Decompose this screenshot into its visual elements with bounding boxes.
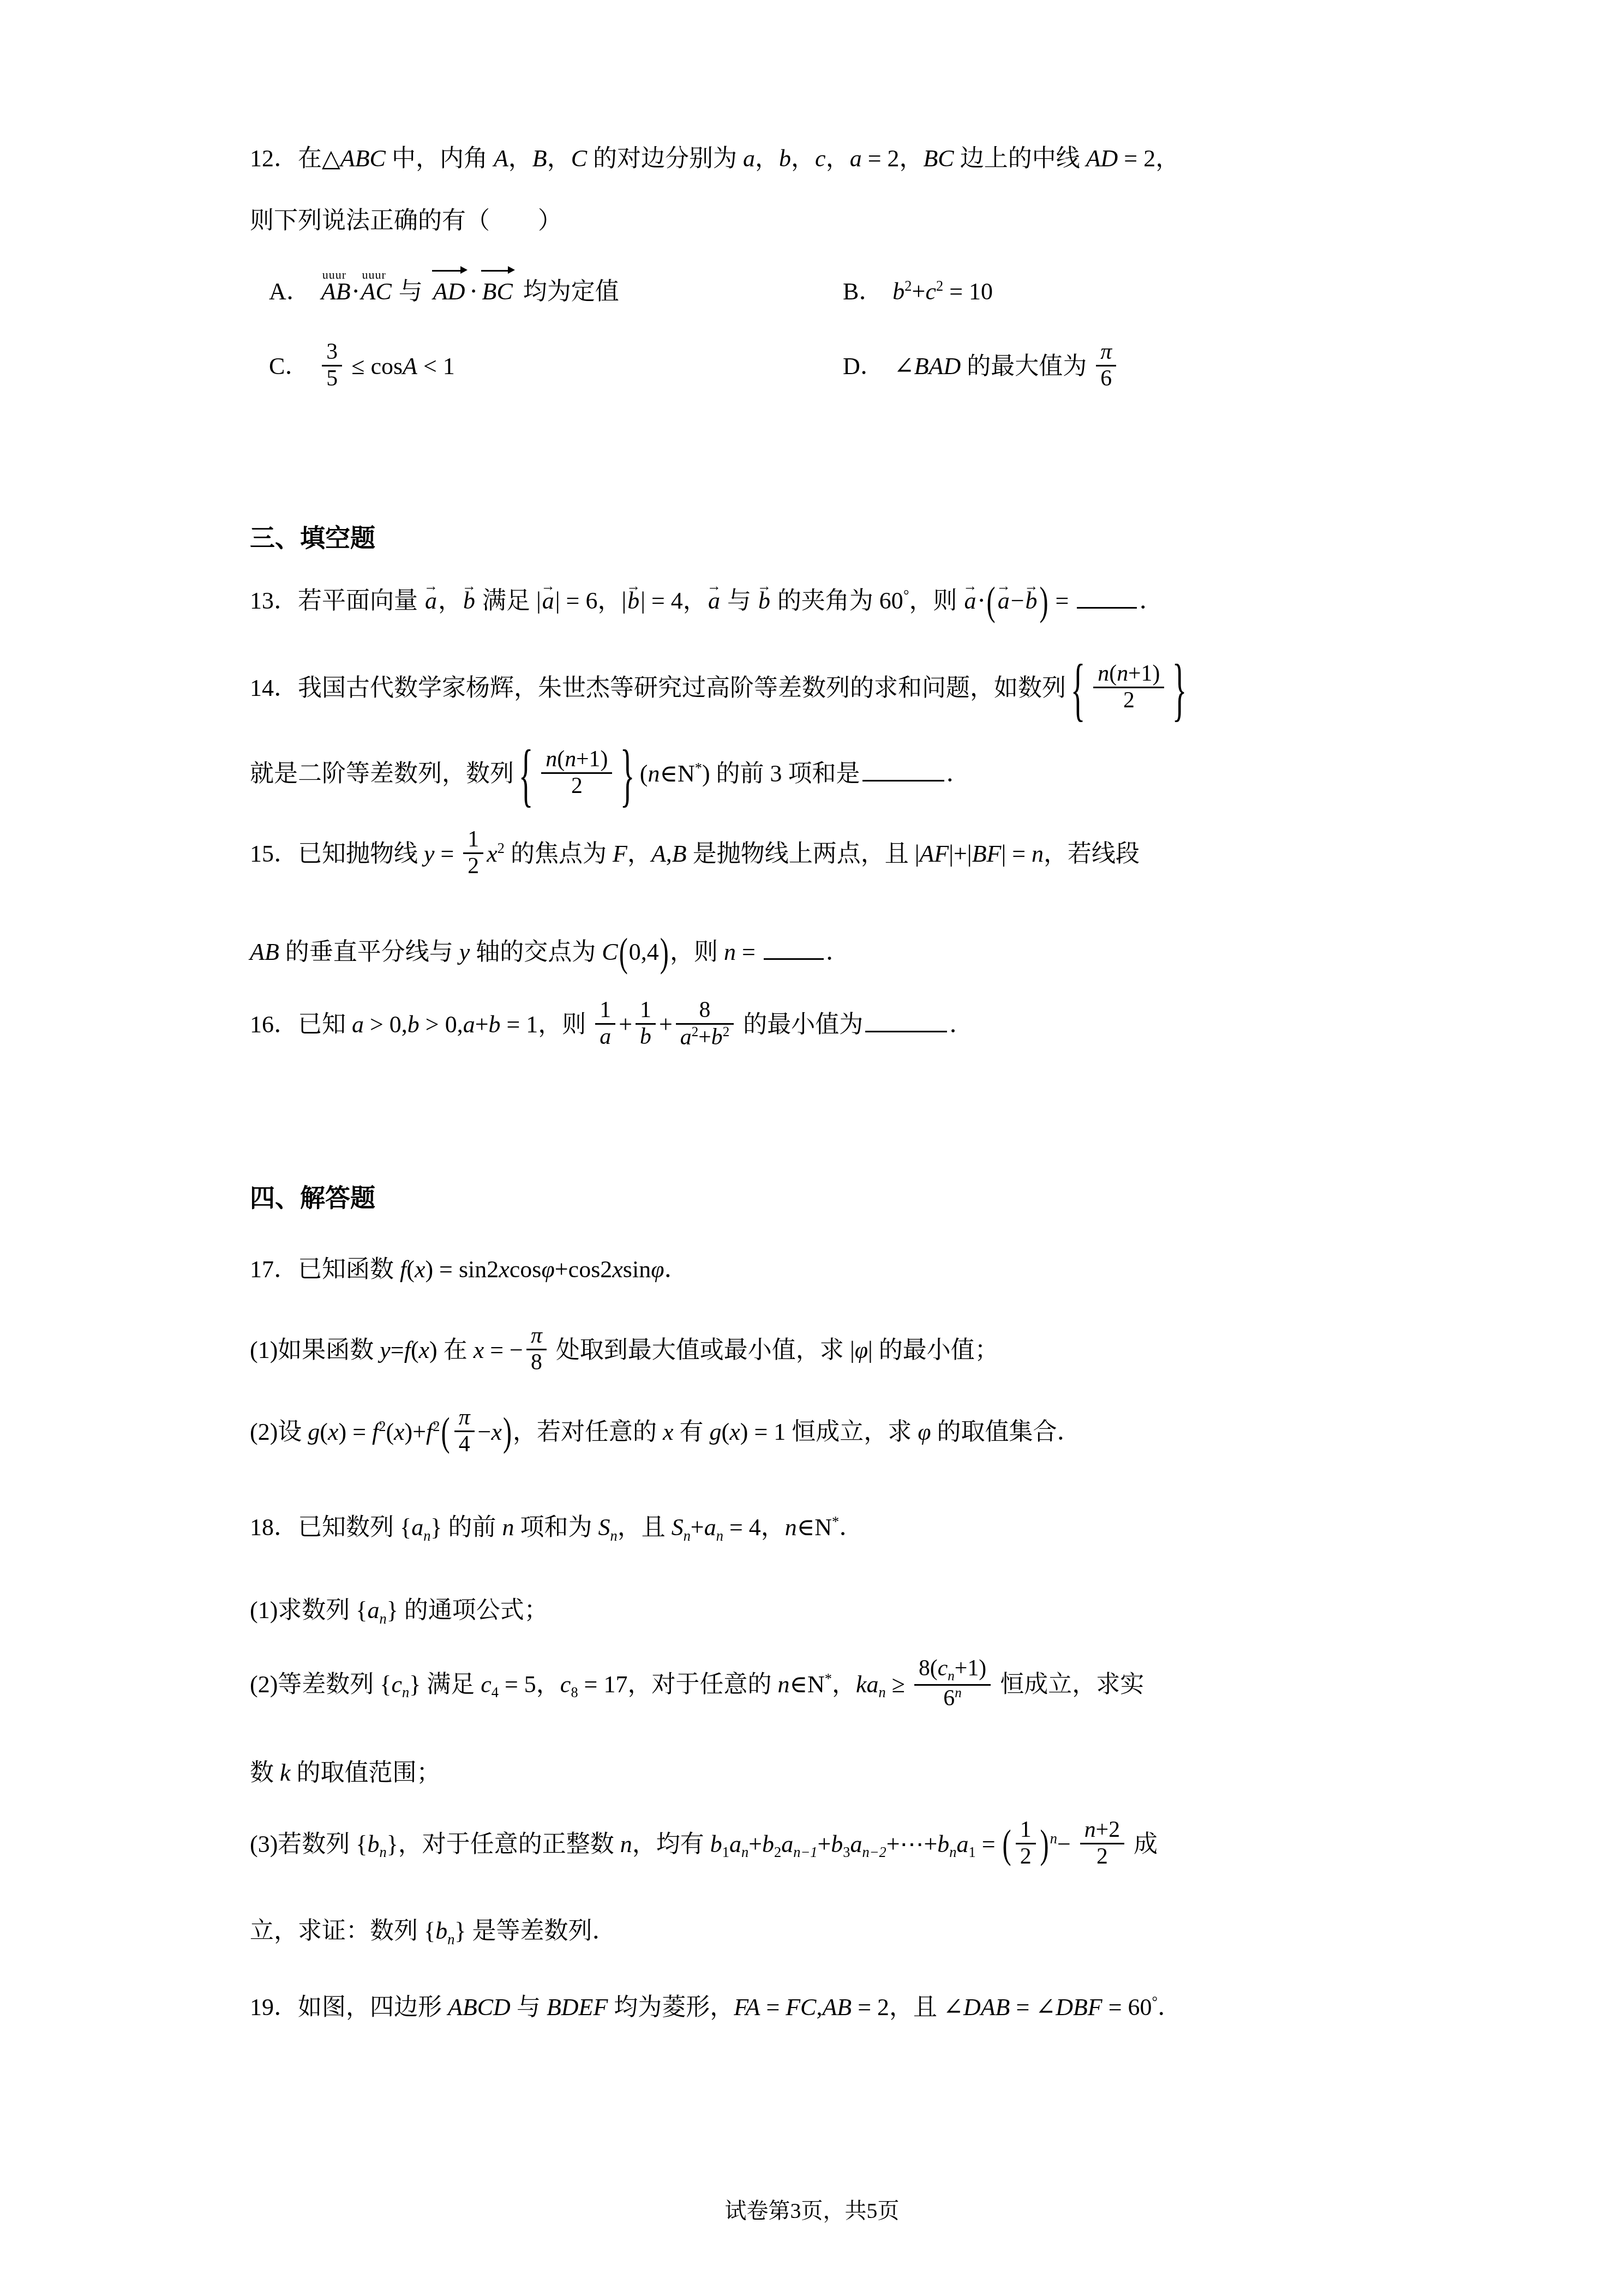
math-sub: n: [402, 1684, 409, 1700]
math-t: ) =: [339, 1419, 372, 1445]
math-t: 满足: [476, 587, 536, 614]
math-t: +1): [955, 1656, 986, 1681]
math-frac: 8a2+b2: [676, 998, 734, 1050]
math-t: |: [868, 1337, 873, 1363]
math-t: ．: [1139, 587, 1163, 614]
math-big: (: [619, 923, 628, 984]
math-t: 8(: [919, 1656, 938, 1681]
math-t: 17．已知函数: [250, 1256, 400, 1283]
math-i: f: [372, 1419, 379, 1445]
math-t: (: [386, 1419, 394, 1445]
math-t: ) = 1: [740, 1419, 786, 1445]
math-i: b: [408, 1011, 420, 1038]
math-i: x: [474, 1337, 484, 1363]
math-sub: n: [879, 1684, 886, 1700]
math-t: 成: [1128, 1831, 1158, 1858]
math-t: {: [356, 1831, 367, 1858]
question-16: 16．已知 a > 0,b > 0,a+b = 1，则 1a+1b+8a2+b2…: [250, 1001, 973, 1053]
math-i: f: [426, 1419, 433, 1445]
math-t: 0,4: [629, 939, 659, 965]
option-a-label: A．: [269, 278, 310, 305]
math-i: n: [1032, 840, 1044, 867]
math-t: {: [400, 1514, 411, 1541]
math-i: x: [394, 1419, 405, 1445]
math-t: +2: [1096, 1817, 1120, 1842]
math-t: =: [760, 1994, 786, 2021]
math-t: =: [1050, 587, 1075, 614]
math-i: FA: [734, 1994, 760, 2021]
math-t: ，: [508, 145, 532, 172]
math-t: 的通项公式；: [398, 1597, 548, 1624]
math-t: = 17: [578, 1671, 628, 1698]
math-t: ．: [1158, 1994, 1182, 2021]
math-t: 的最小值；: [873, 1337, 999, 1363]
math-t: (: [411, 1337, 419, 1363]
math-t: | = 4，: [640, 587, 707, 614]
math-t: +: [912, 278, 926, 305]
math-t: )+: [405, 1419, 426, 1445]
math-t: ，则: [670, 939, 724, 965]
math-t: }: [387, 1597, 398, 1624]
section-title-answers: 四、解答题: [250, 1179, 375, 1217]
math-t: ≥: [886, 1671, 911, 1698]
math-blank: [764, 938, 824, 960]
math-i: a: [411, 1514, 423, 1541]
math-t: ，且: [889, 1994, 943, 2021]
math-t: 4: [459, 1432, 470, 1457]
math-t: < 1: [417, 353, 455, 380]
math-t: ．: [664, 1256, 688, 1283]
math-t: = 5，: [499, 1671, 560, 1698]
math-t: (: [406, 1256, 415, 1283]
math-sub: n: [948, 1669, 955, 1684]
math-t: ∠: [894, 353, 914, 380]
math-t: 的最大值为: [961, 353, 1093, 380]
math-t: ⋅: [352, 278, 360, 305]
math-t: 12．在: [250, 145, 322, 172]
option-a: A．uuurAB⋅uuurAC 与 AD⋅BC 均为定值: [269, 272, 843, 306]
math-t: |+|: [949, 840, 972, 867]
math-t: |: [621, 587, 626, 614]
math-i: BC: [923, 145, 954, 172]
math-t: 8: [699, 997, 711, 1023]
math-big2: }: [1172, 638, 1187, 743]
option-d-content: ∠BAD 的最大值为 π6: [894, 353, 1119, 380]
math-sup: 2: [723, 1025, 730, 1039]
math-t: +: [691, 1514, 704, 1541]
math-t: (: [1109, 661, 1117, 686]
math-vec: →b: [1025, 583, 1037, 619]
question-18-part-2: (2)等差数列 {cn} 满足 c4 = 5，c8 = 17，对于任意的 n∈N…: [250, 1659, 1144, 1714]
math-i: x: [612, 1256, 623, 1283]
math-big: (: [441, 1402, 450, 1464]
math-sup: n: [955, 1686, 962, 1700]
math-t: }: [387, 1831, 398, 1858]
math-i: φ: [651, 1256, 664, 1283]
math-t: ．: [946, 760, 970, 787]
math-i: g: [308, 1419, 320, 1445]
math-t: 在: [438, 1337, 474, 1363]
math-vec: →b: [463, 583, 475, 619]
math-i: n: [1084, 1817, 1096, 1842]
math-t: ∈N: [789, 1671, 824, 1698]
math-sub: 2: [774, 1844, 781, 1860]
math-i: A: [494, 145, 508, 172]
math-t: ，: [755, 145, 779, 172]
math-i: x: [415, 1256, 426, 1283]
math-i: a: [600, 1024, 611, 1049]
option-c-content: 35 ≤ cosA < 1: [319, 353, 454, 380]
math-i: F: [613, 840, 627, 867]
math-i: b: [367, 1831, 379, 1858]
math-sub: 3: [843, 1844, 850, 1860]
math-t: 2: [468, 854, 479, 879]
math-t: 满足: [421, 1671, 481, 1698]
math-vec: →a: [998, 583, 1010, 619]
math-big: ): [1040, 1814, 1049, 1876]
option-c-label: C．: [269, 353, 309, 380]
math-i: AD: [1086, 145, 1118, 172]
math-t: ，: [438, 587, 462, 614]
math-t: ，: [547, 145, 571, 172]
math-t: | =: [1001, 840, 1032, 867]
math-i: BAD: [914, 353, 961, 380]
math-t: 与: [393, 278, 429, 305]
math-t: 边上的中线: [954, 145, 1086, 172]
math-frac: 1a: [595, 998, 615, 1050]
math-t: −: [478, 1419, 492, 1445]
question-17: 17．已知函数 f(x) = sin2xcosφ+cos2xsinφ．: [250, 1252, 688, 1288]
math-t: 的夹角为 60: [771, 587, 903, 614]
math-sup: 2: [379, 1418, 386, 1434]
math-t: ．: [826, 939, 850, 965]
math-t: ，对于任意的正整数: [398, 1831, 620, 1858]
section-title-fill-in: 三、填空题: [250, 519, 375, 557]
math-sub: n: [379, 1610, 386, 1627]
math-i: x: [419, 1337, 430, 1363]
math-t: }: [409, 1671, 421, 1698]
math-i: x: [499, 1256, 510, 1283]
math-t: 恒成立，求: [786, 1419, 918, 1445]
question-15-line-1: 15．已知抛物线 y = 12x2 的焦点为 F，A,B 是抛物线上两点，且 |…: [250, 830, 1140, 882]
math-sup: *: [695, 760, 702, 776]
math-t: = −: [484, 1337, 523, 1363]
math-t: 6: [943, 1686, 955, 1711]
math-t: (: [640, 760, 648, 787]
math-i: c: [391, 1671, 402, 1698]
question-18-part-3-cont: 立，求证：数列 {bn} 是等差数列．: [250, 1913, 616, 1950]
math-i: c: [481, 1671, 492, 1698]
math-i: π: [459, 1405, 470, 1430]
question-12-options-row-1: A．uuurAB⋅uuurAC 与 AD⋅BC 均为定值B．b2+c2 = 10: [269, 272, 993, 306]
math-t: =: [736, 939, 762, 965]
math-t: 中，内角: [386, 145, 494, 172]
math-sub: n: [716, 1528, 723, 1544]
math-t: ∈N: [797, 1514, 832, 1541]
math-sub: 8: [571, 1684, 578, 1700]
math-i: c: [938, 1656, 948, 1681]
math-i: y: [380, 1337, 391, 1363]
math-t: (: [320, 1419, 328, 1445]
math-t: +: [748, 1831, 762, 1858]
math-sup: 2: [433, 1418, 440, 1434]
math-frac: n+22: [1080, 1818, 1124, 1870]
math-i: AB: [822, 1994, 852, 2021]
math-i: n: [777, 1671, 789, 1698]
math-t: 则下列说法正确的有（ ）: [250, 207, 562, 234]
question-17-part-1: (1)如果函数 y=f(x) 在 x = −π8 处取到最大值或最小值，求 |φ…: [250, 1326, 999, 1378]
math-t: sin: [623, 1256, 651, 1283]
math-i: n: [724, 939, 736, 965]
math-sup: °: [903, 587, 909, 603]
math-t: +1): [1128, 661, 1160, 686]
option-d: D．∠BAD 的最大值为 π6: [843, 342, 1119, 394]
math-t: = 2，: [862, 145, 924, 172]
math-vec: →a: [964, 583, 976, 619]
math-i: n: [620, 1831, 632, 1858]
math-blank: [865, 1011, 947, 1032]
math-t: 3: [326, 339, 338, 364]
math-i: a: [352, 1011, 364, 1038]
math-t: ∠: [943, 1994, 963, 2021]
math-t: +cos2: [555, 1256, 612, 1283]
math-i: a: [850, 145, 862, 172]
math-i: x: [328, 1419, 339, 1445]
option-c: C．35 ≤ cosA < 1: [269, 342, 843, 394]
math-sup: °: [1152, 1993, 1158, 2010]
math-t: 的对边分别为: [587, 145, 743, 172]
math-frac: π8: [526, 1324, 547, 1375]
math-arr: BC: [481, 278, 514, 305]
math-t: = ∠: [1010, 1994, 1056, 2021]
math-i: g: [710, 1419, 722, 1445]
math-t: 数: [250, 1759, 280, 1786]
math-t: {: [380, 1671, 391, 1698]
math-i: BDEF: [547, 1994, 608, 2021]
math-i: b: [435, 1918, 447, 1944]
math-t: = 4，: [723, 1514, 785, 1541]
math-t: ∈N: [660, 760, 694, 787]
math-i: a: [463, 1011, 475, 1038]
math-i: a: [781, 1831, 793, 1858]
math-i: a: [367, 1597, 379, 1624]
math-t: =: [976, 1831, 1002, 1858]
math-i: b: [488, 1011, 500, 1038]
math-t: ，且: [618, 1514, 672, 1541]
option-a-content: uuurAB⋅uuurAC 与 AD⋅BC 均为定值: [320, 278, 619, 305]
math-big: ): [660, 923, 669, 984]
math-t: +: [817, 1831, 831, 1858]
math-i: y: [459, 939, 470, 965]
math-t: 均为定值: [517, 278, 619, 305]
math-t: =: [391, 1337, 404, 1363]
math-t: 轴的交点为: [470, 939, 602, 965]
math-t: = 1: [500, 1011, 538, 1038]
math-t: 有: [674, 1419, 710, 1445]
page-footer: 试卷第3页，共5页: [0, 2193, 1624, 2225]
math-frac: 1b: [636, 998, 656, 1050]
math-i: a: [850, 1831, 862, 1858]
math-sup: 2: [904, 278, 912, 294]
math-t: |: [536, 587, 541, 614]
math-t: 15．已知抛物线: [250, 840, 424, 867]
math-arr: AD: [432, 278, 466, 305]
math-i: b: [937, 1831, 949, 1858]
math-sub: n: [610, 1528, 617, 1544]
math-t: 的前 3 项和是: [710, 760, 860, 787]
question-18-part-2-cont: 数 k 的取值范围；: [250, 1755, 441, 1791]
math-big: ): [503, 1402, 512, 1464]
question-12-line-1: 12．在△ABC 中，内角 A，B，C 的对边分别为 a，b，c，a = 2，B…: [250, 141, 1179, 177]
math-i: k: [280, 1759, 291, 1786]
math-i: b: [710, 1831, 722, 1858]
math-i: B: [672, 840, 687, 867]
math-t: +: [659, 1011, 673, 1038]
math-sub: n: [447, 1931, 454, 1948]
math-sub: 1: [722, 1844, 729, 1860]
math-t: 1: [468, 827, 479, 852]
math-t: ,: [666, 840, 672, 867]
math-i: ka: [856, 1671, 879, 1698]
math-t: = 2，: [1118, 145, 1179, 172]
math-frac: 12: [1016, 1818, 1036, 1870]
math-sup: 2: [692, 1025, 699, 1039]
math-i: B: [532, 145, 547, 172]
math-i: A: [651, 840, 666, 867]
math-t: 6: [1100, 366, 1112, 391]
math-t: ，: [791, 145, 815, 172]
math-i: a: [680, 1025, 692, 1050]
math-i: C: [602, 939, 618, 965]
question-18-part-1: (1)求数列 {an} 的通项公式；: [250, 1592, 548, 1630]
math-t: ，对于任意的: [627, 1671, 777, 1698]
math-i: A: [403, 353, 417, 380]
math-t: ⋅: [977, 587, 985, 614]
math-t: ，若对任意的: [513, 1419, 663, 1445]
math-i: n: [1117, 661, 1128, 686]
math-sub: n: [423, 1528, 430, 1544]
math-sub: n: [379, 1844, 386, 1860]
math-t: (1)求数列: [250, 1597, 356, 1624]
math-i: c: [815, 145, 826, 172]
math-i: DAB: [963, 1994, 1010, 2021]
math-t: 项和为: [514, 1514, 598, 1541]
math-t: =: [435, 840, 460, 867]
math-t: 的取值集合．: [931, 1419, 1081, 1445]
math-t: 的最小值为: [737, 1011, 863, 1038]
exam-page: 12．在△ABC 中，内角 A，B，C 的对边分别为 a，b，c，a = 2，B…: [0, 0, 1624, 2296]
math-i: b: [640, 1024, 651, 1049]
math-t: 5: [326, 366, 338, 391]
math-t: +: [698, 1025, 711, 1050]
math-i: b: [892, 278, 904, 305]
math-t: −: [1057, 1831, 1077, 1858]
question-12-options-row-2: C．35 ≤ cosA < 1D．∠BAD 的最大值为 π6: [269, 342, 1119, 394]
question-19: 19．如图，四边形 ABCD 与 BDEF 均为菱形，FA = FC,AB = …: [250, 1990, 1182, 2025]
math-i: b: [831, 1831, 843, 1858]
math-i: x: [663, 1419, 674, 1445]
math-t: 1: [1020, 1817, 1032, 1842]
math-i: b: [711, 1025, 723, 1050]
question-14-line-2: 就是二阶等差数列，数列{n(n+1)2}(n∈N*) 的前 3 项和是．: [250, 750, 970, 802]
math-i: a: [956, 1831, 968, 1858]
math-t: 立，求证：数列: [250, 1918, 424, 1944]
math-t: (2)等差数列: [250, 1671, 380, 1698]
math-vec: →b: [758, 583, 770, 619]
math-t: ≤ cos: [345, 353, 403, 380]
math-i: a: [729, 1831, 741, 1858]
math-ann: uuurAB: [321, 278, 351, 305]
math-t: 14．我国古代数学家杨辉，朱世杰等研究过高阶等差数列的求和问题，如数列: [250, 675, 1066, 701]
math-i: x: [487, 840, 498, 867]
math-frac: n(n+1)2: [541, 747, 612, 799]
math-big: (: [987, 572, 996, 633]
question-18: 18．已知数列 {an} 的前 n 项和为 Sn，且 Sn+an = 4，n∈N…: [250, 1510, 863, 1547]
math-i: c: [925, 278, 936, 305]
option-b-label: B．: [843, 278, 883, 305]
math-t: ．: [949, 1011, 973, 1038]
math-i: BF: [972, 840, 1002, 867]
math-frac: 8(cn+1)6n: [914, 1656, 991, 1711]
math-i: f: [404, 1337, 411, 1363]
math-i: n: [565, 747, 576, 772]
math-ann: uuurAC: [361, 278, 392, 305]
math-big2: }: [620, 723, 635, 829]
question-15-line-2: AB 的垂直平分线与 y 轴的交点为 C(0,4)，则 n = ．: [250, 934, 850, 973]
math-sub: 4: [492, 1684, 499, 1700]
math-t: 2: [571, 773, 583, 798]
math-vec: →a: [542, 583, 554, 619]
question-18-part-3: (3)若数列 {bn}，对于任意的正整数 n，均有 b1an+b2an−1+b3…: [250, 1820, 1158, 1872]
question-14-line-1: 14．我国古代数学家杨辉，朱世杰等研究过高阶等差数列的求和问题，如数列{n(n+…: [250, 664, 1192, 716]
option-d-label: D．: [843, 353, 884, 380]
math-t: ，: [832, 1671, 856, 1698]
math-i: DBF: [1056, 1994, 1102, 2021]
math-sup: *: [832, 1513, 839, 1530]
math-i: y: [424, 840, 435, 867]
math-t: 恒成立，求实: [994, 1671, 1144, 1698]
math-t: 处取到最大值或最小值，求: [550, 1337, 850, 1363]
math-t: }: [430, 1514, 442, 1541]
math-vec: →a: [425, 583, 437, 619]
math-t: 的垂直平分线与: [279, 939, 459, 965]
math-t: +: [619, 1011, 632, 1038]
math-vec: →a: [708, 583, 720, 619]
option-b-content: b2+c2 = 10: [892, 278, 993, 305]
math-t: 的焦点为: [505, 840, 613, 867]
math-i: f: [400, 1256, 406, 1283]
math-i: x: [729, 1419, 740, 1445]
math-blank: [1077, 587, 1137, 609]
math-t: 16．已知: [250, 1011, 352, 1038]
math-i: φ: [918, 1419, 931, 1445]
math-big2: {: [1071, 638, 1086, 743]
math-i: c: [560, 1671, 571, 1698]
math-t: ⋅: [470, 278, 478, 305]
math-sub: n−1: [793, 1844, 817, 1860]
math-i: n: [785, 1514, 797, 1541]
math-i: b: [779, 145, 791, 172]
math-t: = 60: [1102, 1994, 1152, 2021]
math-i: S: [598, 1514, 610, 1541]
math-i: AB: [250, 939, 279, 965]
math-t: 2: [1123, 688, 1135, 713]
math-t: 2: [1020, 1844, 1032, 1869]
math-t: = 10: [943, 278, 993, 305]
math-t: 2: [1096, 1844, 1108, 1869]
math-t: (3)若数列: [250, 1831, 356, 1858]
math-sub: n: [684, 1528, 691, 1544]
